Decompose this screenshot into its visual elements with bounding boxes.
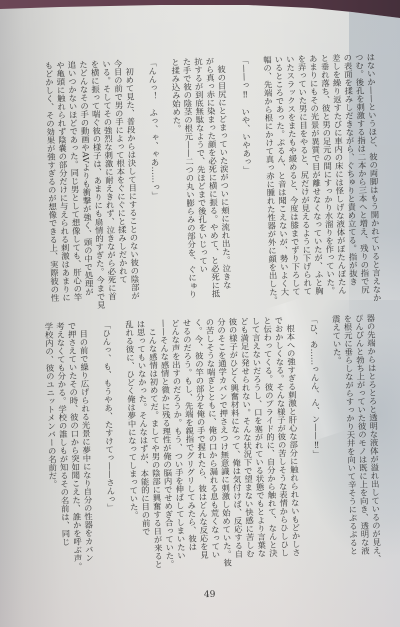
book-page: はないか——というほど、彼の両脚はもう開かれていると言えなか つむ。後孔を刺激す… xyxy=(0,0,400,627)
upper-text-block: はないか——というほど、彼の両脚はもう開かれていると言えなか つむ。後孔を刺激す… xyxy=(42,53,382,307)
lower-text-block: 器の先端からはとろとろと透明な液体が溢れ出しているのが見え、 ぴんぴんと勃ち上が… xyxy=(42,314,382,568)
page-number: 49 xyxy=(204,590,216,600)
photo-stage: はないか——というほど、彼の両脚はもう開かれていると言えなか つむ。後孔を刺激す… xyxy=(0,0,400,627)
